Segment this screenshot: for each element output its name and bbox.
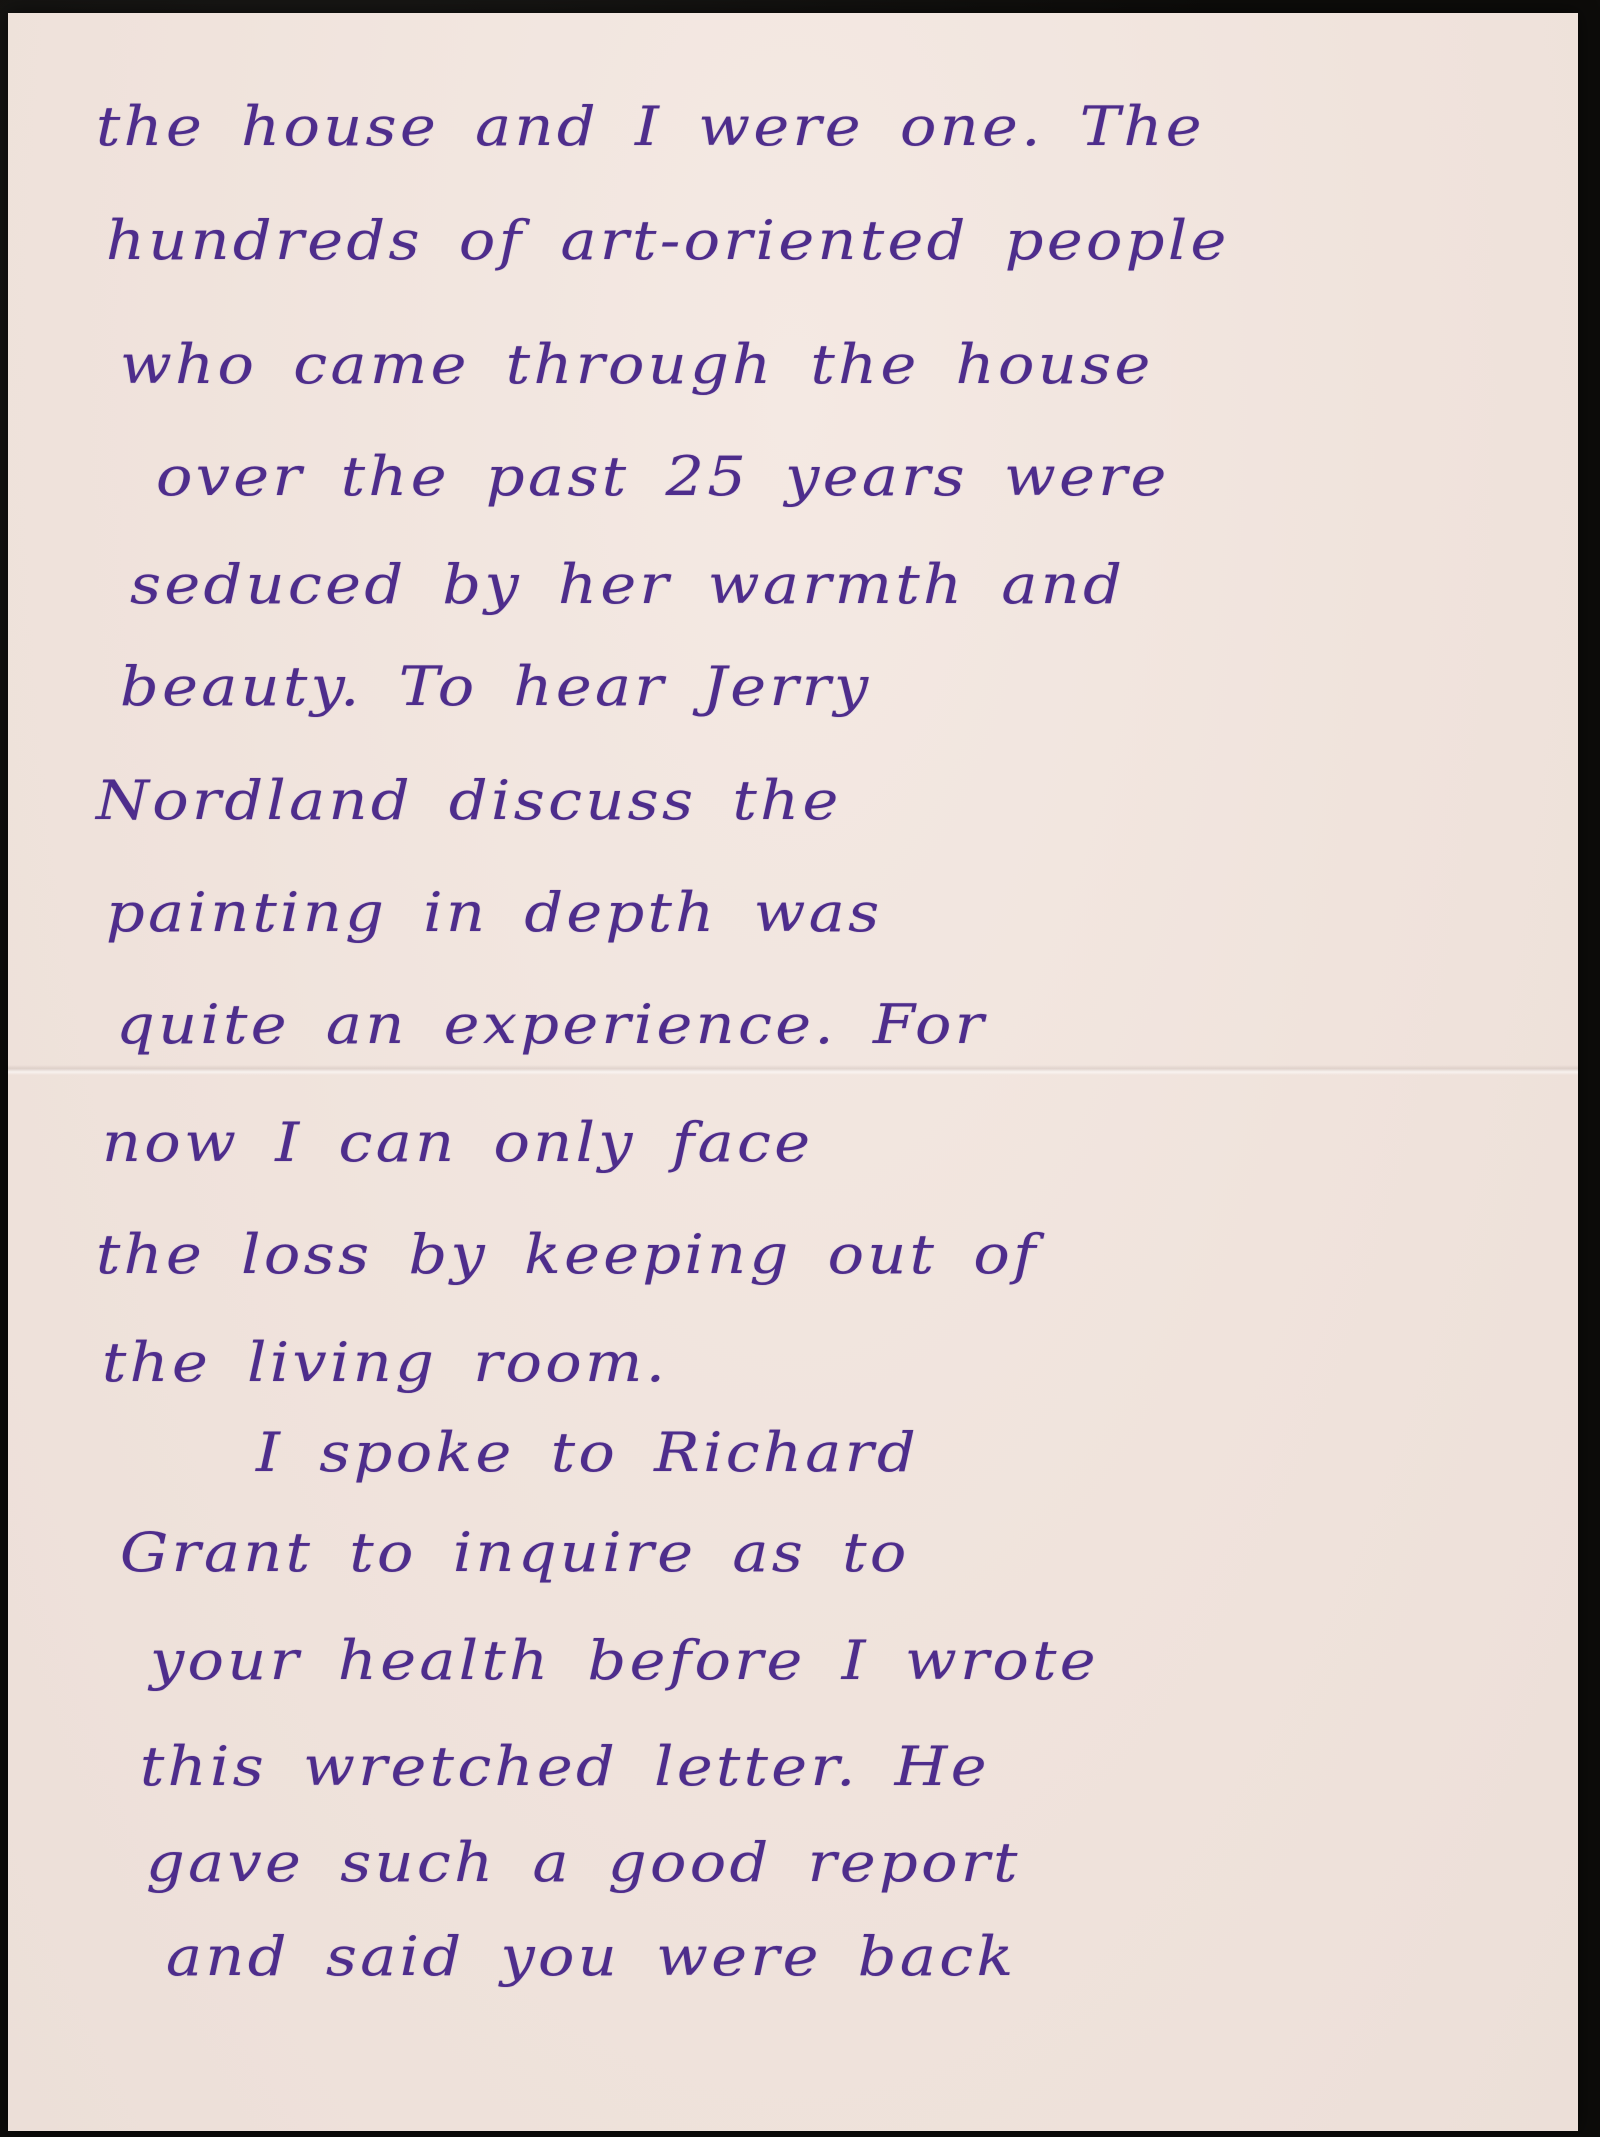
handwritten-line: the house and I were one. The — [96, 95, 1205, 158]
handwritten-line: the living room. — [102, 1331, 668, 1394]
handwritten-text: the house and I were one. The hundreds o… — [8, 13, 1578, 2131]
handwritten-line: the loss by keeping out of — [96, 1223, 1039, 1286]
handwritten-line: now I can only face — [102, 1111, 813, 1174]
letter-paper: the house and I were one. The hundreds o… — [8, 13, 1578, 2131]
handwritten-line: I spoke to Richard — [256, 1421, 919, 1484]
handwritten-line: who came through the house — [120, 333, 1154, 396]
handwritten-line: and said you were back — [166, 1925, 1017, 1988]
handwritten-line: hundreds of art-oriented people — [106, 209, 1230, 272]
handwritten-line: this wretched letter. He — [140, 1735, 990, 1798]
handwritten-line: Nordland discuss the — [96, 769, 842, 832]
handwritten-line: Grant to inquire as to — [120, 1521, 910, 1584]
handwritten-line: gave such a good report — [146, 1831, 1021, 1894]
handwritten-line: quite an experience. For — [116, 993, 987, 1056]
handwritten-line: seduced by her warmth and — [130, 553, 1125, 616]
handwritten-line: painting in depth was — [106, 881, 883, 944]
handwritten-line: beauty. To hear Jerry — [120, 655, 872, 718]
handwritten-line: your health before I wrote — [150, 1629, 1099, 1692]
handwritten-line: over the past 25 years were — [156, 445, 1170, 508]
